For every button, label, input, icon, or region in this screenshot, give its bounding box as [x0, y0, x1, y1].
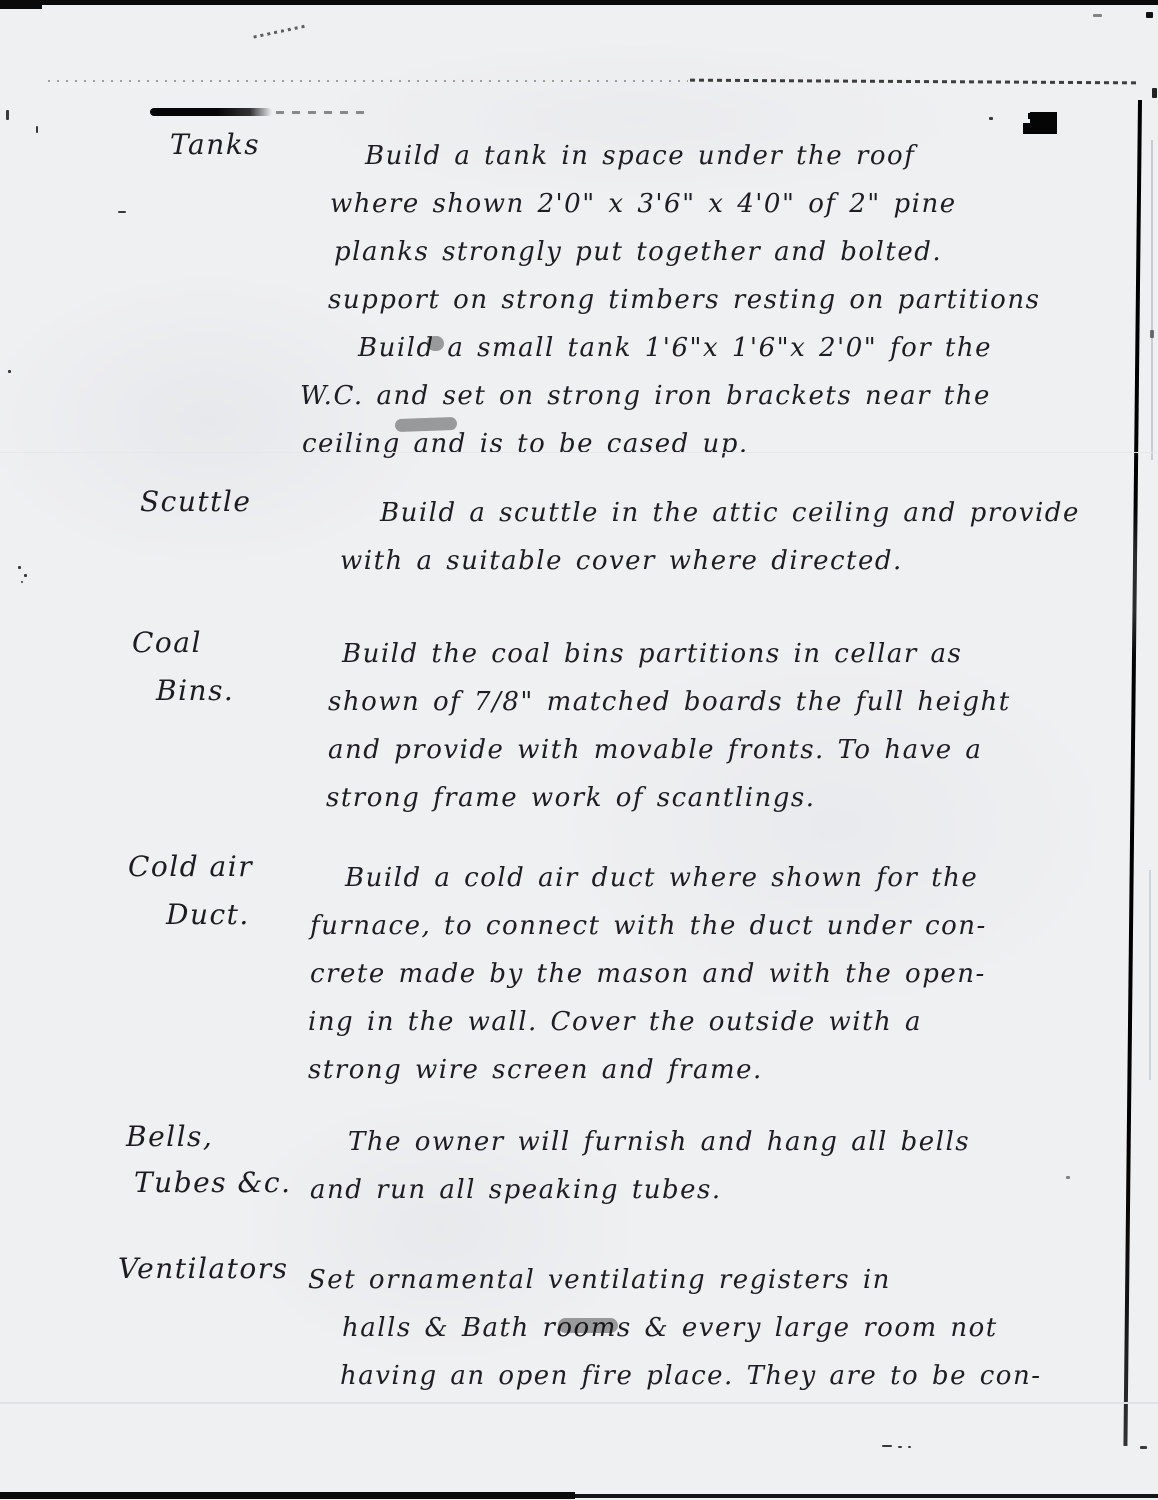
section-body-cold-air-duct: Build a cold air duct where shown for th… — [300, 854, 987, 1094]
section-label-ventilators: Ventilators — [118, 1252, 288, 1285]
handwritten-line: ing in the wall. Cover the outside with … — [308, 998, 987, 1046]
scanned-document-page: Tanks Build a tank in space under the ro… — [0, 0, 1158, 1500]
handwritten-line: and run all speaking tubes. — [310, 1166, 970, 1214]
section-body-bells-tubes: The owner will furnish and hang all bell… — [300, 1118, 970, 1214]
section-label-tanks: Tanks — [170, 128, 260, 161]
handwritten-line: furnace, to connect with the duct under … — [310, 902, 987, 950]
scan-speck — [1093, 14, 1102, 17]
scan-speck — [6, 110, 9, 120]
scan-speck — [1066, 1176, 1070, 1179]
section-body-scuttle: Build a scuttle in the attic ceiling and… — [300, 489, 1080, 585]
section-label-tubes: Tubes &c. — [134, 1166, 291, 1199]
handwritten-line: and provide with movable fronts. To have… — [328, 726, 1011, 774]
section-body-ventilators: Set ornamental ventilating registers in … — [300, 1256, 1041, 1400]
ink-smudge-bar — [150, 108, 272, 116]
handwritten-line: with a suitable cover where directed. — [340, 537, 1080, 585]
scan-dotted-line-left — [48, 80, 688, 82]
scan-speck — [24, 574, 27, 577]
handwritten-line: Build a small tank 1'6"x 1'6"x 2'0" for … — [358, 324, 1040, 372]
handwritten-line: Build a cold air duct where shown for th… — [345, 854, 987, 902]
section-label-cold-air: Cold air — [128, 850, 253, 883]
scan-black-blob — [1030, 112, 1057, 134]
section-body-tanks: Build a tank in space under the roof whe… — [300, 132, 1040, 468]
scan-speck — [1152, 88, 1157, 98]
scan-vertical-line — [1123, 100, 1142, 1446]
scan-edge-top-strip — [0, 0, 1158, 5]
scan-edge-bottom-strip — [575, 1494, 1158, 1498]
section-label-coal: Coal — [132, 626, 202, 659]
handwritten-line: The owner will furnish and hang all bell… — [348, 1118, 970, 1166]
scan-speck — [1146, 12, 1153, 18]
handwritten-line: strong wire screen and frame. — [308, 1046, 987, 1094]
handwritten-line: ceiling and is to be cased up. — [302, 420, 1040, 468]
scan-speck — [21, 581, 23, 583]
handwritten-line: strong frame work of scantlings. — [326, 774, 1011, 822]
handwritten-line: Build a tank in space under the roof — [365, 132, 1040, 180]
handwritten-line: Set ornamental ventilating registers in — [308, 1256, 1041, 1304]
scan-speck — [898, 1446, 902, 1448]
handwritten-line: Build a scuttle in the attic ceiling and… — [380, 489, 1080, 537]
handwritten-line: halls & Bath rooms & every large room no… — [342, 1304, 1041, 1352]
handwritten-line: planks strongly put together and bolted. — [334, 228, 1040, 276]
handwritten-line: where shown 2'0" x 3'6" x 4'0" of 2" pin… — [330, 180, 1040, 228]
section-label-scuttle: Scuttle — [140, 485, 251, 518]
scan-speck — [118, 211, 126, 213]
paper-crease-line — [0, 1402, 1158, 1404]
scan-speck — [989, 117, 993, 120]
scan-dotted-diagonal-mark — [253, 24, 306, 38]
scan-speck — [18, 566, 21, 569]
scan-speck — [882, 1445, 892, 1447]
handwritten-line: crete made by the mason and with the ope… — [310, 950, 987, 998]
handwritten-line: W.C. and set on strong iron brackets nea… — [300, 372, 1040, 420]
ink-smudge-dashes — [276, 111, 368, 114]
handwritten-line: shown of 7/8" matched boards the full he… — [328, 678, 1011, 726]
scan-speck — [1150, 330, 1154, 338]
section-label-bells: Bells, — [126, 1120, 213, 1153]
section-label-duct: Duct. — [166, 898, 250, 931]
scan-dotted-line-right — [690, 79, 1138, 85]
scan-speck — [36, 126, 38, 133]
section-body-coal-bins: Build the coal bins partitions in cellar… — [300, 630, 1011, 822]
scan-speck — [908, 1446, 911, 1448]
handwritten-line: Build the coal bins partitions in cellar… — [342, 630, 1011, 678]
scan-speck — [1140, 1446, 1147, 1449]
scan-edge-bottom-strip — [0, 1492, 575, 1499]
scan-edge-top-corner — [0, 0, 42, 9]
handwritten-line: having an open fire place. They are to b… — [340, 1352, 1041, 1400]
scan-vertical-ghost-line — [1149, 870, 1151, 1080]
scan-speck — [8, 370, 11, 373]
scan-vertical-ghost-line — [1151, 140, 1153, 460]
handwritten-line: support on strong timbers resting on par… — [328, 276, 1040, 324]
section-label-coal-bins: Bins. — [156, 674, 234, 707]
